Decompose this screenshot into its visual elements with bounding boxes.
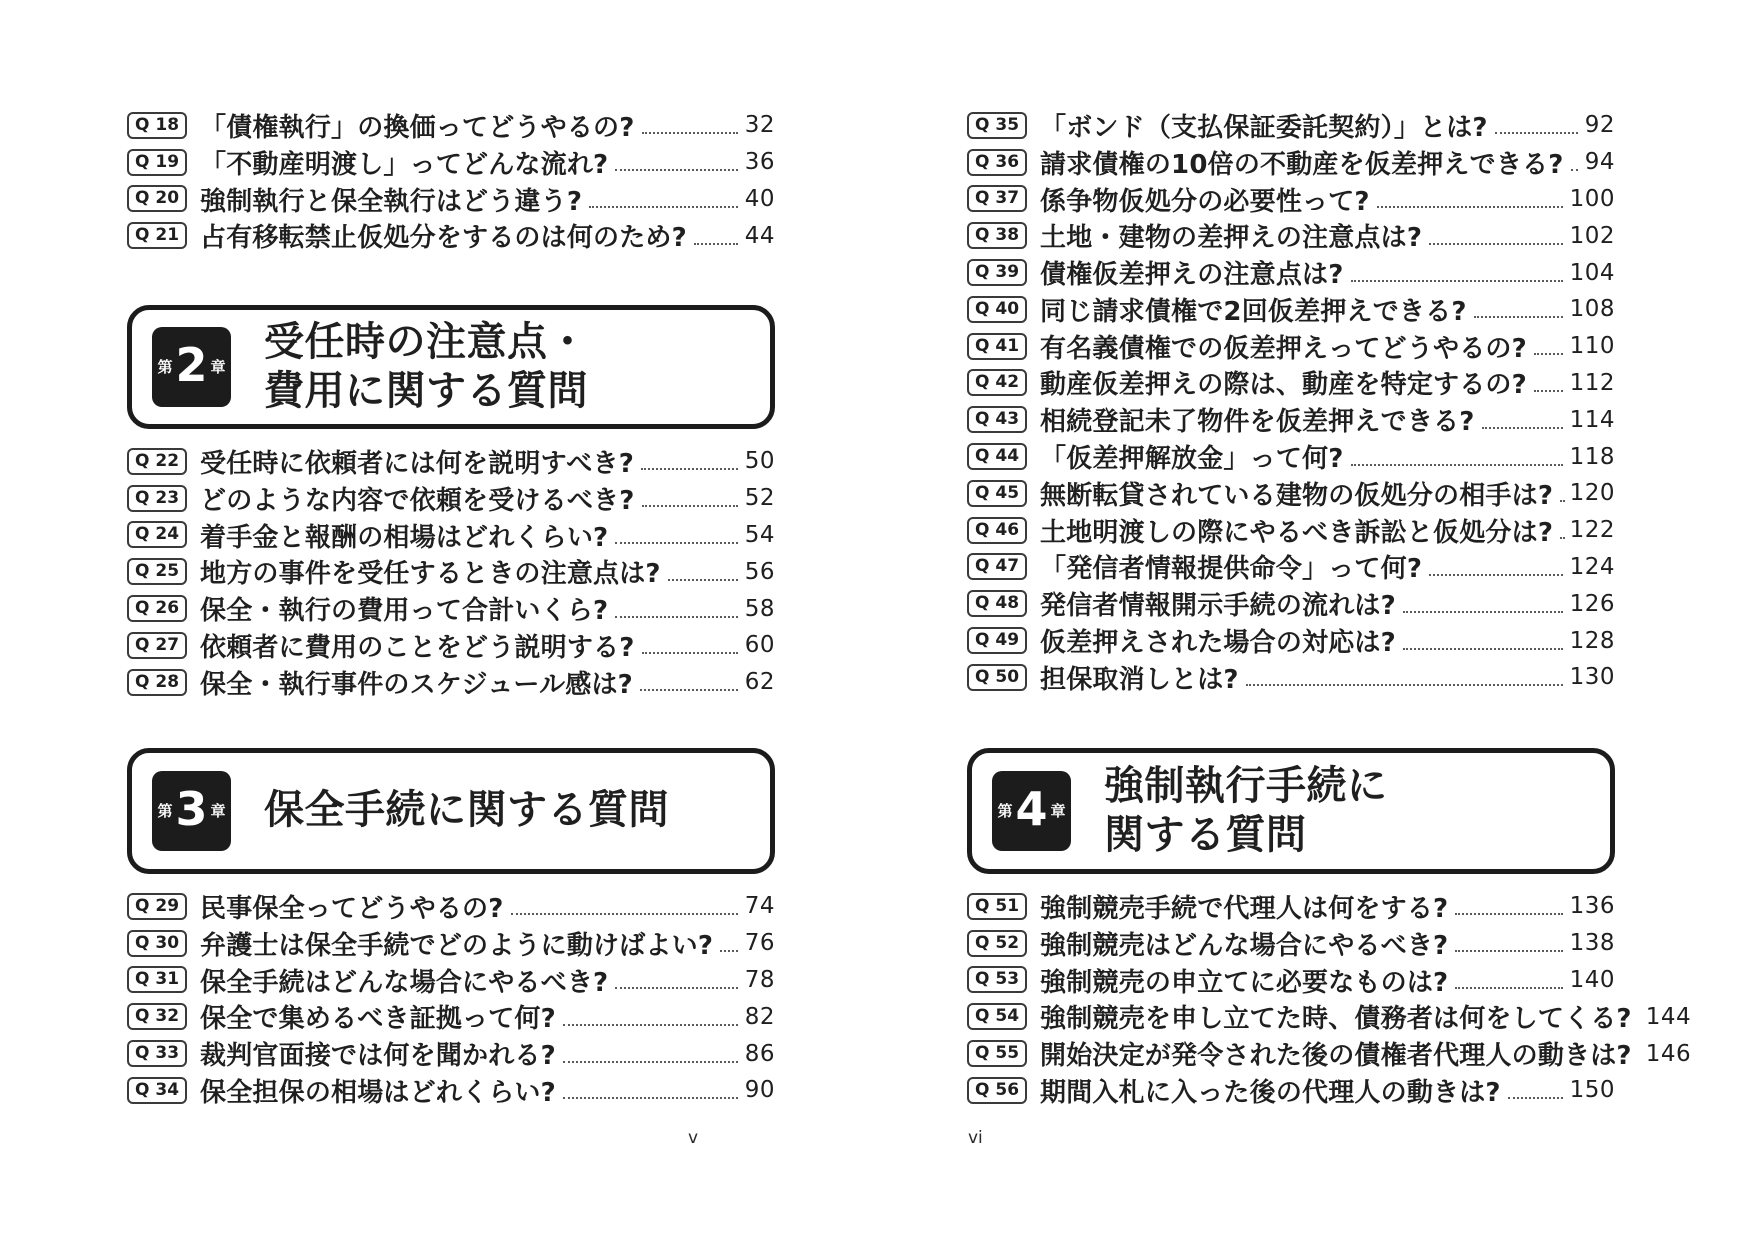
page-number: 50 xyxy=(745,448,775,474)
question-number-badge: Q 39 xyxy=(967,259,1027,286)
page-number: 114 xyxy=(1570,407,1615,433)
question-title: 請求債権の10倍の不動産を仮差押えできる? xyxy=(1040,144,1563,181)
page-number: 144 xyxy=(1646,1004,1691,1030)
toc-entry-row[interactable]: Q 37 係争物仮処分の必要性って? 100 xyxy=(967,181,1615,218)
chapter-suffix: 章 xyxy=(211,360,226,375)
dotted-leader xyxy=(1429,243,1562,245)
question-title: 期間入札に入った後の代理人の動きは? xyxy=(1040,1072,1501,1109)
question-title: 「債権執行」の換価ってどうやるの? xyxy=(200,107,634,144)
toc-entry-row[interactable]: Q 53 強制競売の申立てに必要なものは? 140 xyxy=(967,962,1615,999)
chapter-title-line: 費用に関する質問 xyxy=(264,367,588,416)
page-number: 150 xyxy=(1570,1077,1615,1103)
toc-entry-row[interactable]: Q 54 強制競売を申し立てた時、債務者は何をしてくる? 144 xyxy=(967,998,1615,1035)
page-number: 44 xyxy=(745,223,775,249)
dotted-leader xyxy=(1455,913,1562,915)
question-number-badge: Q 48 xyxy=(967,590,1027,617)
question-title: 裁判官面接では何を聞かれる? xyxy=(200,1035,556,1072)
question-title: どのような内容で依頼を受けるべき? xyxy=(200,480,634,517)
question-number-badge: Q 41 xyxy=(967,333,1027,360)
page-number: 36 xyxy=(745,149,775,175)
page-number: 140 xyxy=(1570,967,1615,993)
toc-entry-row[interactable]: Q 55 開始決定が発令された後の債権者代理人の動きは? 146 xyxy=(967,1035,1615,1072)
chapter-3-number-badge: 第 3 章 xyxy=(152,771,231,851)
dotted-leader xyxy=(668,579,738,581)
question-number-badge: Q 46 xyxy=(967,517,1027,544)
question-title: 保全・執行の費用って合計いくら? xyxy=(200,590,608,627)
chapter-4-number-badge: 第 4 章 xyxy=(992,771,1071,851)
toc-entry-row[interactable]: Q 22 受任時に依頼者には何を説明すべき? 50 xyxy=(127,443,775,480)
right-page-folio: vi xyxy=(968,1128,983,1148)
page-number: 94 xyxy=(1585,149,1615,175)
question-number-badge: Q 52 xyxy=(967,930,1027,957)
toc-entry-row[interactable]: Q 28 保全・執行事件のスケジュール感は? 62 xyxy=(127,664,775,701)
chapter-2-number-badge: 第 2 章 xyxy=(152,327,231,407)
question-number-badge: Q 25 xyxy=(127,558,187,585)
dotted-leader xyxy=(642,132,738,134)
page-number: 100 xyxy=(1570,186,1615,212)
chapter-3-heading: 第 3 章 保全手続に関する質問 xyxy=(127,748,775,874)
toc-entry-row[interactable]: Q 51 強制競売手続で代理人は何をする? 136 xyxy=(967,888,1615,925)
page-number: 126 xyxy=(1570,591,1615,617)
question-number-badge: Q 47 xyxy=(967,553,1027,580)
dotted-leader xyxy=(563,1024,738,1026)
toc-entry-row[interactable]: Q 41 有名義債権での仮差押えってどうやるの? 110 xyxy=(967,328,1615,365)
page-number: 56 xyxy=(745,559,775,585)
page-number: 62 xyxy=(745,669,775,695)
page-number: 118 xyxy=(1570,444,1615,470)
question-number-badge: Q 35 xyxy=(967,112,1027,139)
toc-entry-row[interactable]: Q 56 期間入札に入った後の代理人の動きは? 150 xyxy=(967,1072,1615,1109)
page-number: 120 xyxy=(1570,480,1615,506)
question-title: 弁護士は保全手続でどのように動けばよい? xyxy=(200,925,713,962)
dotted-leader xyxy=(1246,684,1563,686)
dotted-leader xyxy=(615,987,737,989)
question-title: 有名義債権での仮差押えってどうやるの? xyxy=(1040,328,1527,365)
question-title: 開始決定が発令された後の債権者代理人の動きは? xyxy=(1040,1035,1632,1072)
dotted-leader xyxy=(563,1061,738,1063)
dotted-leader xyxy=(1351,280,1563,282)
question-number-badge: Q 27 xyxy=(127,632,187,659)
toc-entry-row[interactable]: Q 21 占有移転禁止仮処分をするのは何のため? 44 xyxy=(127,217,775,254)
question-number-badge: Q 37 xyxy=(967,185,1027,212)
question-number-badge: Q 20 xyxy=(127,185,187,212)
dotted-leader xyxy=(615,169,737,171)
toc-entry-row[interactable]: Q 19 「不動産明渡し」ってどんな流れ? 36 xyxy=(127,144,775,181)
question-title: 担保取消しとは? xyxy=(1040,659,1239,696)
question-number-badge: Q 28 xyxy=(127,669,187,696)
page-number: 40 xyxy=(745,186,775,212)
question-title: 保全手続はどんな場合にやるべき? xyxy=(200,962,608,999)
page-number: 108 xyxy=(1570,296,1615,322)
question-number-badge: Q 31 xyxy=(127,966,187,993)
dotted-leader xyxy=(1534,353,1563,355)
question-number-badge: Q 33 xyxy=(127,1040,187,1067)
dotted-leader xyxy=(615,542,737,544)
question-number-badge: Q 24 xyxy=(127,521,187,548)
chapter-title-line: 強制執行手続に xyxy=(1104,762,1388,811)
toc-entry-row[interactable]: Q 48 発信者情報開示手続の流れは? 126 xyxy=(967,585,1615,622)
question-number-badge: Q 43 xyxy=(967,406,1027,433)
page-number: 52 xyxy=(745,485,775,511)
page-number: 76 xyxy=(745,930,775,956)
question-title: 強制競売を申し立てた時、債務者は何をしてくる? xyxy=(1040,998,1632,1035)
page-number: 54 xyxy=(745,522,775,548)
toc-entry-row[interactable]: Q 33 裁判官面接では何を聞かれる? 86 xyxy=(127,1035,775,1072)
toc-entry-row[interactable]: Q 45 無断転貸されている建物の仮処分の相手は? 120 xyxy=(967,475,1615,512)
question-title: 受任時に依頼者には何を説明すべき? xyxy=(200,443,634,480)
chapter-prefix: 第 xyxy=(157,804,172,819)
question-title: 着手金と報酬の相場はどれくらい? xyxy=(200,517,608,554)
toc-entry-row[interactable]: Q 36 請求債権の10倍の不動産を仮差押えできる? 94 xyxy=(967,144,1615,181)
dotted-leader xyxy=(1403,611,1563,613)
question-title: 「発信者情報提供命令」って何? xyxy=(1040,548,1422,585)
toc-entry-row[interactable]: Q 24 着手金と報酬の相場はどれくらい? 54 xyxy=(127,517,775,554)
toc-entry-row[interactable]: Q 25 地方の事件を受任するときの注意点は? 56 xyxy=(127,553,775,590)
page-number: 32 xyxy=(745,112,775,138)
question-title: 動産仮差押えの際は、動産を特定するの? xyxy=(1040,364,1527,401)
toc-entry-row[interactable]: Q 30 弁護士は保全手続でどのように動けばよい? 76 xyxy=(127,925,775,962)
dotted-leader xyxy=(1403,648,1563,650)
toc-entry-row[interactable]: Q 42 動産仮差押えの際は、動産を特定するの? 112 xyxy=(967,365,1615,402)
question-title: 発信者情報開示手続の流れは? xyxy=(1040,585,1396,622)
question-number-badge: Q 29 xyxy=(127,893,187,920)
toc-entry-row[interactable]: Q 27 依頼者に費用のことをどう説明する? 60 xyxy=(127,627,775,664)
question-title: 土地明渡しの際にやるべき訴訟と仮処分は? xyxy=(1040,512,1553,549)
left-page-folio: v xyxy=(688,1128,698,1148)
toc-entry-row[interactable]: Q 43 相続登記未了物件を仮差押えできる? 114 xyxy=(967,401,1615,438)
question-number-badge: Q 30 xyxy=(127,930,187,957)
toc-entry-row[interactable]: Q 44 「仮差押解放金」って何? 118 xyxy=(967,438,1615,475)
question-number-badge: Q 23 xyxy=(127,485,187,512)
dotted-leader xyxy=(1560,500,1562,502)
chapter-suffix: 章 xyxy=(211,804,226,819)
toc-group-q22-q28: Q 22 受任時に依頼者には何を説明すべき? 50 Q 23 どのような内容で依… xyxy=(127,443,775,701)
question-title: 強制執行と保全執行はどう違う? xyxy=(200,181,582,218)
question-number-badge: Q 45 xyxy=(967,480,1027,507)
question-number-badge: Q 44 xyxy=(967,443,1027,470)
chapter-title-line: 関する質問 xyxy=(1104,811,1388,860)
chapter-2-heading: 第 2 章 受任時の注意点・ 費用に関する質問 xyxy=(127,305,775,429)
question-number-badge: Q 34 xyxy=(127,1077,187,1104)
toc-entry-row[interactable]: Q 40 同じ請求債権で2回仮差押えできる? 108 xyxy=(967,291,1615,328)
chapter-suffix: 章 xyxy=(1051,804,1066,819)
toc-entry-row[interactable]: Q 32 保全で集めるべき証拠って何? 82 xyxy=(127,998,775,1035)
dotted-leader xyxy=(1377,206,1563,208)
page-number: 102 xyxy=(1570,223,1615,249)
page-number: 90 xyxy=(745,1077,775,1103)
page-number: 60 xyxy=(745,632,775,658)
page-number: 138 xyxy=(1570,930,1615,956)
dotted-leader xyxy=(1482,427,1563,429)
dotted-leader xyxy=(694,243,738,245)
toc-entry-row[interactable]: Q 29 民事保全ってどうやるの? 74 xyxy=(127,888,775,925)
dotted-leader xyxy=(563,1097,738,1099)
question-title: 保全・執行事件のスケジュール感は? xyxy=(200,664,633,701)
question-number-badge: Q 19 xyxy=(127,149,187,176)
question-title: 地方の事件を受任するときの注意点は? xyxy=(200,553,661,590)
toc-entry-row[interactable]: Q 23 どのような内容で依頼を受けるべき? 52 xyxy=(127,480,775,517)
question-title: 強制競売の申立てに必要なものは? xyxy=(1040,962,1448,999)
question-title: 仮差押えされた場合の対応は? xyxy=(1040,622,1396,659)
question-title: 同じ請求債権で2回仮差押えできる? xyxy=(1040,291,1467,328)
question-number-badge: Q 18 xyxy=(127,112,187,139)
question-number-badge: Q 26 xyxy=(127,595,187,622)
page-number: 86 xyxy=(745,1041,775,1067)
question-title: 強制競売はどんな場合にやるべき? xyxy=(1040,925,1448,962)
question-number-badge: Q 56 xyxy=(967,1077,1027,1104)
question-number-badge: Q 54 xyxy=(967,1003,1027,1030)
question-number-badge: Q 21 xyxy=(127,222,187,249)
toc-entry-row[interactable]: Q 31 保全手続はどんな場合にやるべき? 78 xyxy=(127,962,775,999)
question-title: 保全で集めるべき証拠って何? xyxy=(200,998,556,1035)
question-number-badge: Q 53 xyxy=(967,966,1027,993)
toc-group-q51-q56: Q 51 強制競売手続で代理人は何をする? 136 Q 52 強制競売はどんな場… xyxy=(967,888,1615,1109)
question-title: 相続登記未了物件を仮差押えできる? xyxy=(1040,401,1474,438)
dotted-leader xyxy=(642,652,738,654)
toc-entry-row[interactable]: Q 39 債権仮差押えの注意点は? 104 xyxy=(967,254,1615,291)
dotted-leader xyxy=(1571,169,1578,171)
toc-entry-row[interactable]: Q 49 仮差押えされた場合の対応は? 128 xyxy=(967,622,1615,659)
page-number: 78 xyxy=(745,967,775,993)
dotted-leader xyxy=(640,689,738,691)
page-number: 112 xyxy=(1570,370,1615,396)
dotted-leader xyxy=(1560,537,1562,539)
question-number-badge: Q 36 xyxy=(967,149,1027,176)
toc-entry-row[interactable]: Q 20 強制執行と保全執行はどう違う? 40 xyxy=(127,181,775,218)
question-title: 「仮差押解放金」って何? xyxy=(1040,438,1343,475)
question-number-badge: Q 49 xyxy=(967,627,1027,654)
toc-entry-row[interactable]: Q 35 「ボンド（支払保証委託契約）」とは? 92 xyxy=(967,107,1615,144)
page-number: 146 xyxy=(1646,1041,1691,1067)
question-number-badge: Q 50 xyxy=(967,664,1027,691)
dotted-leader xyxy=(1508,1097,1563,1099)
dotted-leader xyxy=(1534,390,1563,392)
page-number: 104 xyxy=(1570,260,1615,286)
dotted-leader xyxy=(642,505,738,507)
page-number: 130 xyxy=(1570,664,1615,690)
page-number: 92 xyxy=(1585,112,1615,138)
toc-entry-row[interactable]: Q 34 保全担保の相場はどれくらい? 90 xyxy=(127,1072,775,1109)
question-title: 「不動産明渡し」ってどんな流れ? xyxy=(200,144,608,181)
chapter-prefix: 第 xyxy=(997,804,1012,819)
dotted-leader xyxy=(1474,316,1563,318)
chapter-title-line: 保全手続に関する質問 xyxy=(264,786,669,835)
toc-entry-row[interactable]: Q 38 土地・建物の差押えの注意点は? 102 xyxy=(967,217,1615,254)
question-number-badge: Q 51 xyxy=(967,893,1027,920)
toc-entry-row[interactable]: Q 52 強制競売はどんな場合にやるべき? 138 xyxy=(967,925,1615,962)
chapter-number: 4 xyxy=(1015,786,1047,832)
dotted-leader xyxy=(615,616,737,618)
chapter-number: 2 xyxy=(175,342,207,388)
question-number-badge: Q 42 xyxy=(967,369,1027,396)
question-number-badge: Q 55 xyxy=(967,1040,1027,1067)
toc-entry-row[interactable]: Q 26 保全・執行の費用って合計いくら? 58 xyxy=(127,590,775,627)
question-title: 係争物仮処分の必要性って? xyxy=(1040,181,1370,218)
dotted-leader xyxy=(1351,464,1563,466)
dotted-leader xyxy=(1455,950,1562,952)
dotted-leader xyxy=(1455,987,1562,989)
chapter-4-heading: 第 4 章 強制執行手続に 関する質問 xyxy=(967,748,1615,874)
page-number: 58 xyxy=(745,596,775,622)
dotted-leader xyxy=(720,950,738,952)
toc-entry-row[interactable]: Q 18 「債権執行」の換価ってどうやるの? 32 xyxy=(127,107,775,144)
question-number-badge: Q 32 xyxy=(127,1003,187,1030)
dotted-leader xyxy=(589,206,738,208)
question-title: 無断転貸されている建物の仮処分の相手は? xyxy=(1040,475,1553,512)
question-number-badge: Q 38 xyxy=(967,222,1027,249)
toc-group-q18-q21: Q 18 「債権執行」の換価ってどうやるの? 32 Q 19 「不動産明渡し」っ… xyxy=(127,107,775,254)
question-title: 強制競売手続で代理人は何をする? xyxy=(1040,888,1448,925)
chapter-number: 3 xyxy=(175,786,207,832)
chapter-4-title: 強制執行手続に 関する質問 xyxy=(1104,762,1388,860)
toc-spread: Q 18 「債権執行」の換価ってどうやるの? 32 Q 19 「不動産明渡し」っ… xyxy=(0,0,1755,1240)
page-number: 82 xyxy=(745,1004,775,1030)
dotted-leader xyxy=(1495,132,1578,134)
toc-group-q29-q34: Q 29 民事保全ってどうやるの? 74 Q 30 弁護士は保全手続でどのように… xyxy=(127,888,775,1109)
question-number-badge: Q 40 xyxy=(967,296,1027,323)
dotted-leader xyxy=(511,913,738,915)
page-number: 110 xyxy=(1570,333,1615,359)
page-number: 74 xyxy=(745,893,775,919)
page-number: 128 xyxy=(1570,628,1615,654)
dotted-leader xyxy=(641,468,738,470)
chapter-2-title: 受任時の注意点・ 費用に関する質問 xyxy=(264,318,588,416)
question-title: 保全担保の相場はどれくらい? xyxy=(200,1072,556,1109)
page-number: 122 xyxy=(1570,517,1615,543)
toc-entry-row[interactable]: Q 46 土地明渡しの際にやるべき訴訟と仮処分は? 122 xyxy=(967,512,1615,549)
toc-entry-row[interactable]: Q 50 担保取消しとは? 130 xyxy=(967,659,1615,696)
question-number-badge: Q 22 xyxy=(127,448,187,475)
question-title: 民事保全ってどうやるの? xyxy=(200,888,503,925)
toc-group-q35-q50: Q 35 「ボンド（支払保証委託契約）」とは? 92 Q 36 請求債権の10倍… xyxy=(967,107,1615,696)
dotted-leader xyxy=(1429,574,1562,576)
toc-entry-row[interactable]: Q 47 「発信者情報提供命令」って何? 124 xyxy=(967,549,1615,586)
question-title: 土地・建物の差押えの注意点は? xyxy=(1040,217,1422,254)
page-number: 124 xyxy=(1570,554,1615,580)
chapter-title-line: 受任時の注意点・ xyxy=(264,318,588,367)
question-title: 「ボンド（支払保証委託契約）」とは? xyxy=(1040,107,1488,144)
page-number: 136 xyxy=(1570,893,1615,919)
chapter-prefix: 第 xyxy=(157,360,172,375)
question-title: 債権仮差押えの注意点は? xyxy=(1040,254,1343,291)
question-title: 占有移転禁止仮処分をするのは何のため? xyxy=(200,217,687,254)
chapter-3-title: 保全手続に関する質問 xyxy=(264,786,669,835)
question-title: 依頼者に費用のことをどう説明する? xyxy=(200,627,634,664)
